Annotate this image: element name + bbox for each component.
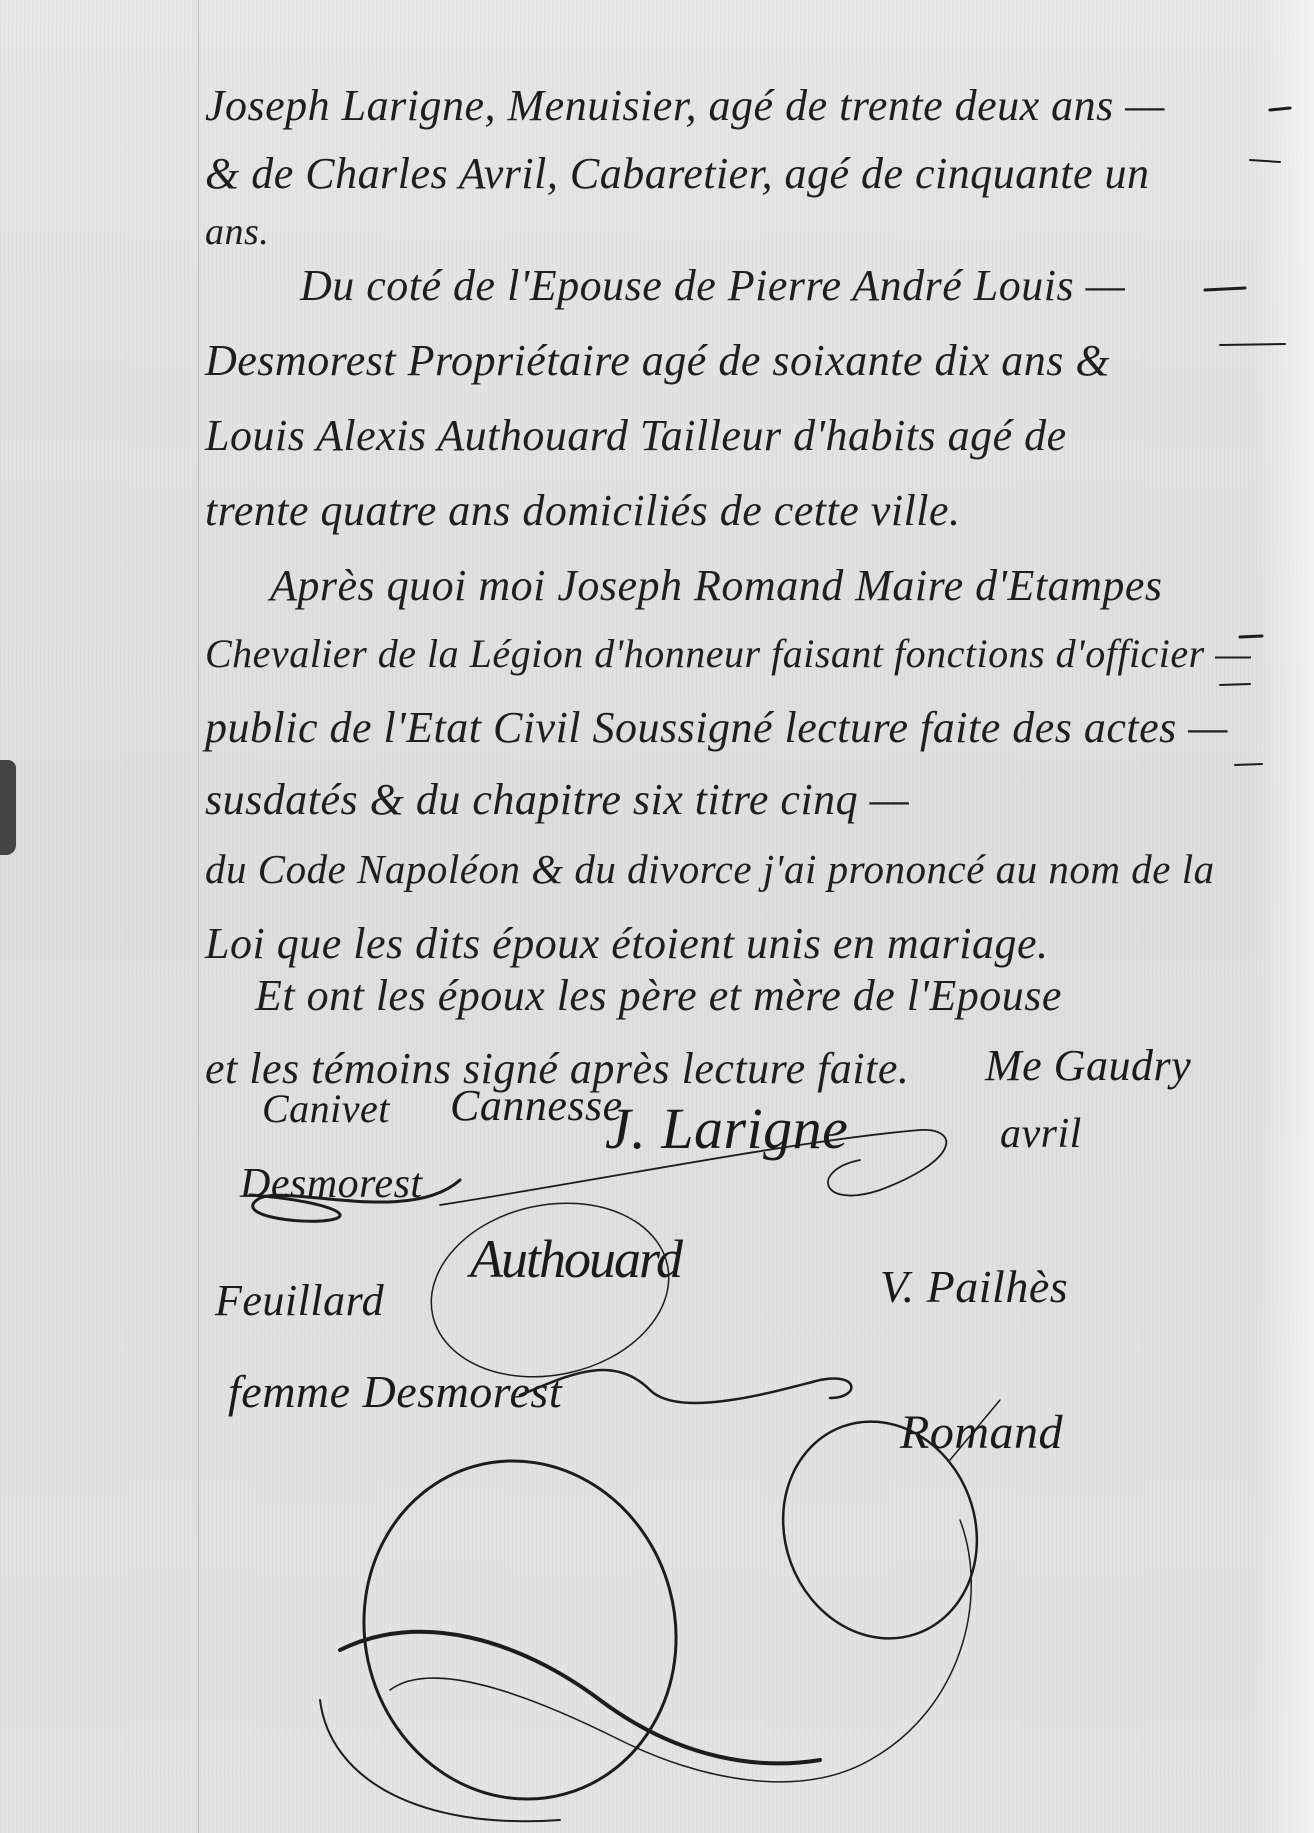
ink-stain — [0, 760, 16, 855]
body-line-14: Et ont les époux les père et mère de l'E… — [255, 970, 1062, 1021]
signature-gaudry: Me Gaudry — [985, 1040, 1191, 1091]
body-line-9: Chevalier de la Légion d'honneur faisant… — [205, 630, 1251, 677]
signature-feuillard: Feuillard — [215, 1275, 384, 1326]
signature-authouard: Authouard — [470, 1228, 681, 1290]
body-line-6: Louis Alexis Authouard Tailleur d'habits… — [205, 410, 1067, 461]
signature-pailhes: V. Pailhès — [880, 1260, 1068, 1313]
signature-larigne: J. Larigne — [605, 1095, 848, 1162]
body-line-1: Joseph Larigne, Menuisier, agé de trente… — [205, 80, 1165, 131]
body-line-8: Après quoi moi Joseph Romand Maire d'Eta… — [270, 560, 1163, 611]
body-line-5: Desmorest Propriétaire agé de soixante d… — [205, 335, 1110, 386]
signature-avril: avril — [1000, 1110, 1082, 1158]
body-line-11: susdatés & du chapitre six titre cinq — — [205, 774, 909, 825]
signature-canivet: Canivet — [262, 1085, 390, 1132]
body-line-12: du Code Napoléon & du divorce j'ai prono… — [205, 845, 1215, 893]
signature-romand: Romand — [900, 1405, 1063, 1460]
page-edge — [1254, 0, 1314, 1833]
body-line-7: trente quatre ans domiciliés de cette vi… — [205, 485, 961, 536]
body-line-13: Loi que les dits époux étoient unis en m… — [205, 918, 1049, 969]
body-line-2: & de Charles Avril, Cabaretier, agé de c… — [205, 148, 1150, 199]
margin-line — [198, 0, 199, 1833]
body-line-4: Du coté de l'Epouse de Pierre André Loui… — [300, 260, 1125, 311]
document-page: Joseph Larigne, Menuisier, agé de trente… — [0, 0, 1314, 1833]
signature-cannesse: Cannesse — [450, 1080, 623, 1131]
body-line-3: ans. — [205, 210, 269, 254]
signature-femme-desmorest: femme Desmorest — [228, 1365, 562, 1418]
body-line-10: public de l'Etat Civil Soussigné lecture… — [205, 702, 1228, 753]
signature-desmorest: Desmorest — [240, 1160, 423, 1208]
